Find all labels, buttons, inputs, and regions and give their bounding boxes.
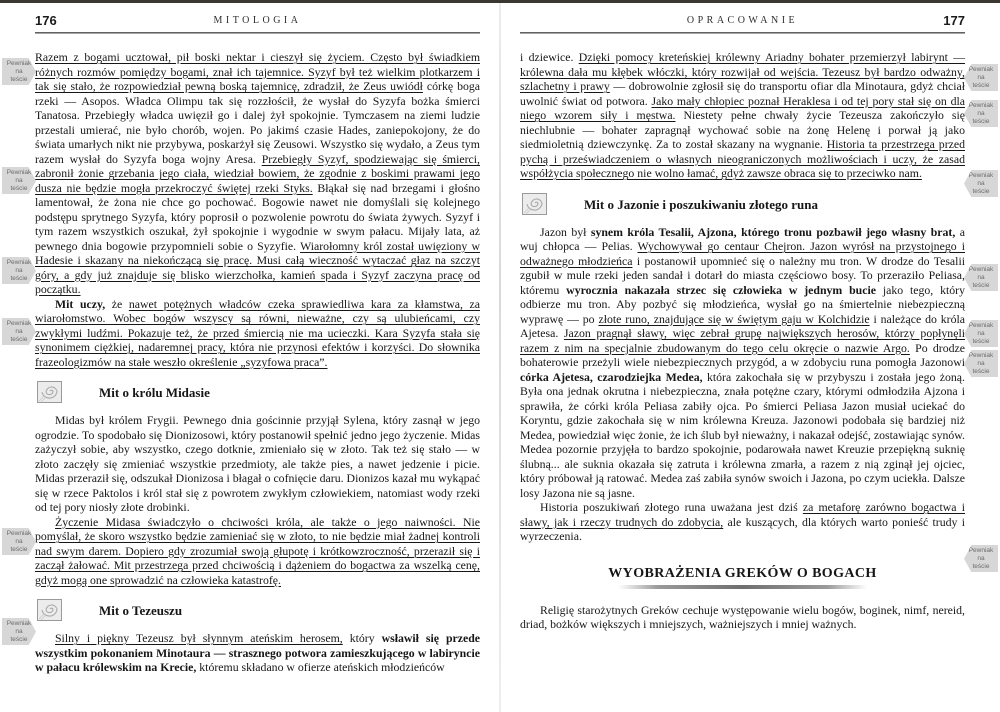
page-177: OPRACOWANIE 177 i dziewice. Dzięki pomoc… [520, 13, 965, 632]
section-heading-label: Mit o Tezeuszu [99, 603, 182, 618]
paragraph-tezeusz-continuation: i dziewice. Dzięki pomocy kreteńskiej kr… [520, 50, 965, 181]
page-176: 176 MITOLOGIA Razem z bogami ucztował, p… [35, 13, 480, 675]
paragraph-jazon-moral: Historia poszukiwań złotego runa uważana… [520, 500, 965, 544]
page-header-right: OPRACOWANIE 177 [520, 13, 965, 29]
margin-tag-pewniak-na-tescie: Pewniakna teście [964, 170, 998, 197]
margin-tag-pewniak-na-tescie: Pewniakna teście [2, 257, 36, 284]
section-heading-label: Mit o królu Midasie [99, 385, 210, 400]
paragraph-syzyf-moral: Mit uczy, że nawet potężnych władców cze… [35, 297, 480, 370]
running-head: OPRACOWANIE [520, 15, 965, 26]
paragraph-religia-grekow: Religię starożytnych Greków cechuje wyst… [520, 603, 965, 632]
center-gutter [499, 3, 501, 712]
margin-tag-pewniak-na-tescie: Pewniakna teście [2, 58, 36, 85]
page-header-left: 176 MITOLOGIA [35, 13, 480, 29]
margin-tag-pewniak-na-tescie: Pewniakna teście [2, 318, 36, 345]
running-head: MITOLOGIA [35, 15, 480, 26]
margin-tag-pewniak-na-tescie: Pewniakna teście [964, 100, 998, 127]
margin-tag-pewniak-na-tescie: Pewniakna teście [964, 64, 998, 91]
section-heading-midas: Mit o królu Midasie [35, 382, 480, 404]
margin-tag-pewniak-na-tescie: Pewniakna teście [964, 320, 998, 347]
page-number: 177 [943, 13, 965, 28]
header-rule [520, 32, 965, 34]
paragraph-midas-story: Midas był królem Frygii. Pewnego dnia go… [35, 413, 480, 515]
section-heading-label: Mit o Jazonie i poszukiwaniu złotego run… [584, 197, 818, 212]
margin-tag-pewniak-na-tescie: Pewniakna teście [2, 618, 36, 645]
paragraph-midas-moral: Życzenie Midasa świadczyło o chciwości k… [35, 515, 480, 588]
margin-tag-pewniak-na-tescie: Pewniakna teście [2, 167, 36, 194]
margin-tag-pewniak-na-tescie: Pewniakna teście [964, 350, 998, 377]
spiral-ornament-icon [522, 193, 547, 215]
spiral-ornament-icon [37, 381, 62, 403]
margin-tag-pewniak-na-tescie: Pewniakna teście [2, 528, 36, 555]
spiral-ornament-icon [37, 599, 62, 621]
book-spread: 176 MITOLOGIA Razem z bogami ucztował, p… [0, 0, 1000, 712]
chapter-heading-wyobrazenia: WYOBRAŻENIA GREKÓW O BOGACH [520, 566, 965, 582]
chapter-heading-rule [618, 585, 867, 589]
section-heading-tezeusz: Mit o Tezeuszu [35, 600, 480, 622]
margin-tag-pewniak-na-tescie: Pewniakna teście [964, 545, 998, 572]
section-heading-jazon: Mit o Jazonie i poszukiwaniu złotego run… [520, 194, 965, 216]
margin-tag-pewniak-na-tescie: Pewniakna teście [964, 264, 998, 291]
paragraph-jazon-story: Jazon był synem króla Tesalii, Ajzona, k… [520, 225, 965, 501]
header-rule [35, 32, 480, 34]
paragraph-syzyf-story: Razem z bogami ucztował, pił boski nekta… [35, 50, 480, 297]
paragraph-tezeusz-story: Silny i piękny Tezeusz był słynnym ateńs… [35, 631, 480, 675]
